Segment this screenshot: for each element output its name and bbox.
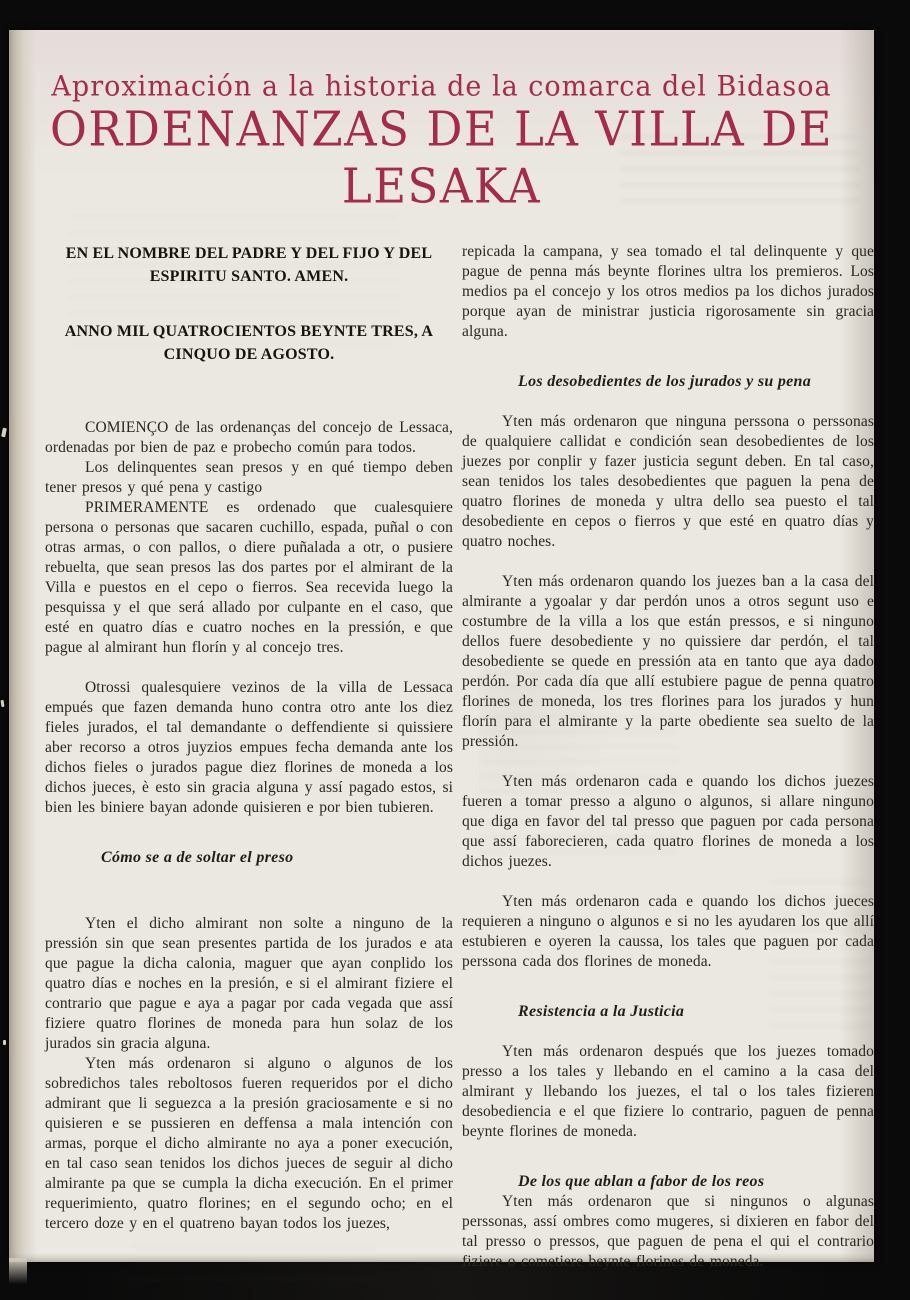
- page: Aproximación a la historia de la comarca…: [9, 30, 874, 1262]
- series-kicker: Aproximación a la historia de la comarca…: [9, 69, 874, 104]
- paragraph: Yten el dicho almirant non solte a ningu…: [45, 914, 453, 1054]
- paragraph: repicada la campana, y sea tomado el tal…: [462, 242, 874, 342]
- section-header: ANNO MIL QUATROCIENTOS BEYNTE TRES, A CI…: [51, 320, 447, 366]
- section-subheading: Los desobedientes de los jurados y su pe…: [518, 372, 874, 392]
- page-edge-shadow: [9, 1258, 27, 1284]
- scan-speck: [3, 1040, 6, 1045]
- paragraph: COMIENÇO de las ordenanças del concejo d…: [45, 418, 453, 458]
- section-header: EN EL NOMBRE DEL PADRE Y DEL FIJO Y DEL …: [51, 242, 447, 288]
- paragraph: PRIMERAMENTE es ordenado que cualesquier…: [45, 498, 453, 658]
- right-column: repicada la campana, y sea tomado el tal…: [462, 242, 874, 1272]
- paragraph: Yten más ordenaron si alguno o algunos d…: [45, 1054, 453, 1234]
- paragraph: Yten más ordenaron cada e quando los dic…: [462, 772, 874, 872]
- paragraph: Otrossi qualesquiere vezinos de la villa…: [45, 678, 453, 818]
- section-subheading: Resistencia a la Justicia: [518, 1002, 874, 1022]
- section-subheading: De los que ablan a fabor de los reos: [518, 1172, 874, 1192]
- paragraph: Yten más ordenaron que ninguna perssona …: [462, 412, 874, 552]
- section-subheading: Cómo se a de soltar el preso: [101, 848, 453, 868]
- text-columns: EN EL NOMBRE DEL PADRE Y DEL FIJO Y DEL …: [45, 242, 874, 1272]
- paragraph: Yten más ordenaron quando los juezes ban…: [462, 572, 874, 752]
- paragraph: Yten más ordenaron que si ningunos o alg…: [462, 1192, 874, 1272]
- paragraph: Yten más ordenaron cada e quando los dic…: [462, 892, 874, 972]
- page-title: ORDENANZAS DE LA VILLA DE LESAKA: [9, 101, 874, 215]
- page-header: Aproximación a la historia de la comarca…: [9, 30, 874, 212]
- left-column: EN EL NOMBRE DEL PADRE Y DEL FIJO Y DEL …: [45, 242, 453, 1272]
- paragraph: Los delinquentes sean presos y en qué ti…: [45, 458, 453, 498]
- paragraph: Yten más ordenaron después que los jueze…: [462, 1042, 874, 1142]
